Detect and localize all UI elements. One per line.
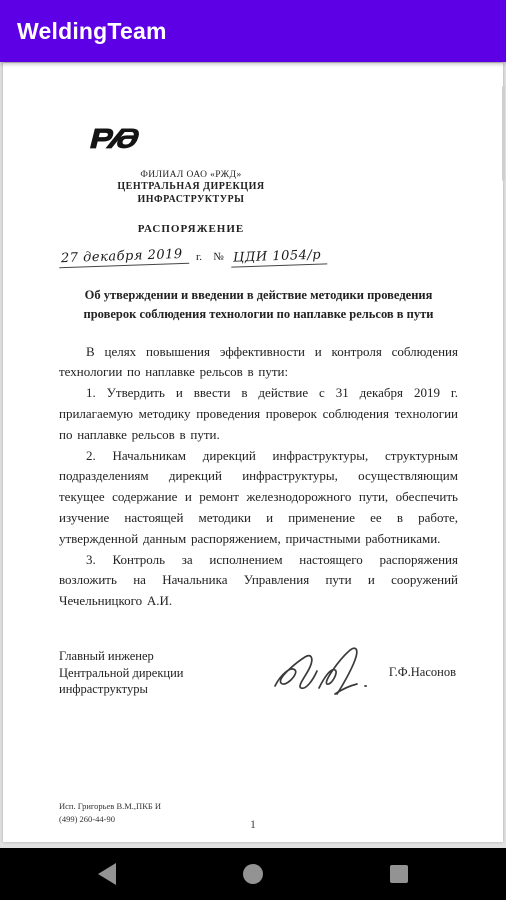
document-body: В целях повышения эффективности и контро… (59, 342, 458, 612)
executor-name: Исп. Григорьев В.М.,ПКБ И (59, 800, 458, 813)
number-sign: № (209, 251, 228, 263)
paragraph-3: 3. Контроль за исполнением настоящего ра… (59, 550, 458, 612)
paragraph-1: 1. Утвердить и ввести в действие с 31 де… (59, 383, 458, 445)
paragraph-intro: В целях повышения эффективности и контро… (59, 342, 458, 384)
document-type-label: РАСПОРЯЖЕНИЕ (91, 222, 291, 236)
org-name-line2: ЦЕНТРАЛЬНАЯ ДИРЕКЦИЯ (91, 181, 291, 194)
letterhead: ФИЛИАЛ ОАО «РЖД» ЦЕНТРАЛЬНАЯ ДИРЕКЦИЯ ИН… (91, 169, 291, 236)
paragraph-2: 2. Начальникам дирекций инфраструктуры, … (59, 446, 458, 550)
app-title: WeldingTeam (17, 18, 167, 45)
signer-position: Главный инженер Центральной дирекции инф… (59, 648, 245, 699)
recents-icon[interactable] (387, 862, 411, 886)
handwritten-signature (269, 642, 389, 704)
back-icon[interactable] (95, 862, 119, 886)
handwritten-number: ЦДИ 1054/р (231, 247, 328, 267)
scrollbar-thumb[interactable] (502, 86, 505, 181)
home-icon[interactable] (241, 862, 265, 886)
org-name-line1: ФИЛИАЛ ОАО «РЖД» (91, 169, 291, 181)
signature-block: Главный инженер Центральной дирекции инф… (59, 642, 458, 704)
page-number: 1 (3, 817, 503, 832)
document-page[interactable]: ФИЛИАЛ ОАО «РЖД» ЦЕНТРАЛЬНАЯ ДИРЕКЦИЯ ИН… (3, 63, 503, 842)
android-navbar (0, 848, 506, 900)
signer-position-line2: Центральной дирекции инфраструктуры (59, 665, 245, 699)
date-number-line: 27 декабря 2019 г. № ЦДИ 1054/р (59, 248, 458, 266)
document-viewport[interactable]: ФИЛИАЛ ОАО «РЖД» ЦЕНТРАЛЬНАЯ ДИРЕКЦИЯ ИН… (0, 62, 506, 848)
app-bar: WeldingTeam (0, 0, 506, 62)
date-suffix: г. (192, 251, 206, 263)
document-title: Об утверждении и введении в действие мет… (59, 286, 458, 325)
signer-position-line1: Главный инженер (59, 648, 245, 665)
org-name-line3: ИНФРАСТРУКТУРЫ (91, 194, 291, 207)
rzd-logo-icon (77, 115, 139, 161)
signer-name: Г.Ф.Насонов (389, 665, 458, 680)
handwritten-date: 27 декабря 2019 (59, 247, 189, 269)
